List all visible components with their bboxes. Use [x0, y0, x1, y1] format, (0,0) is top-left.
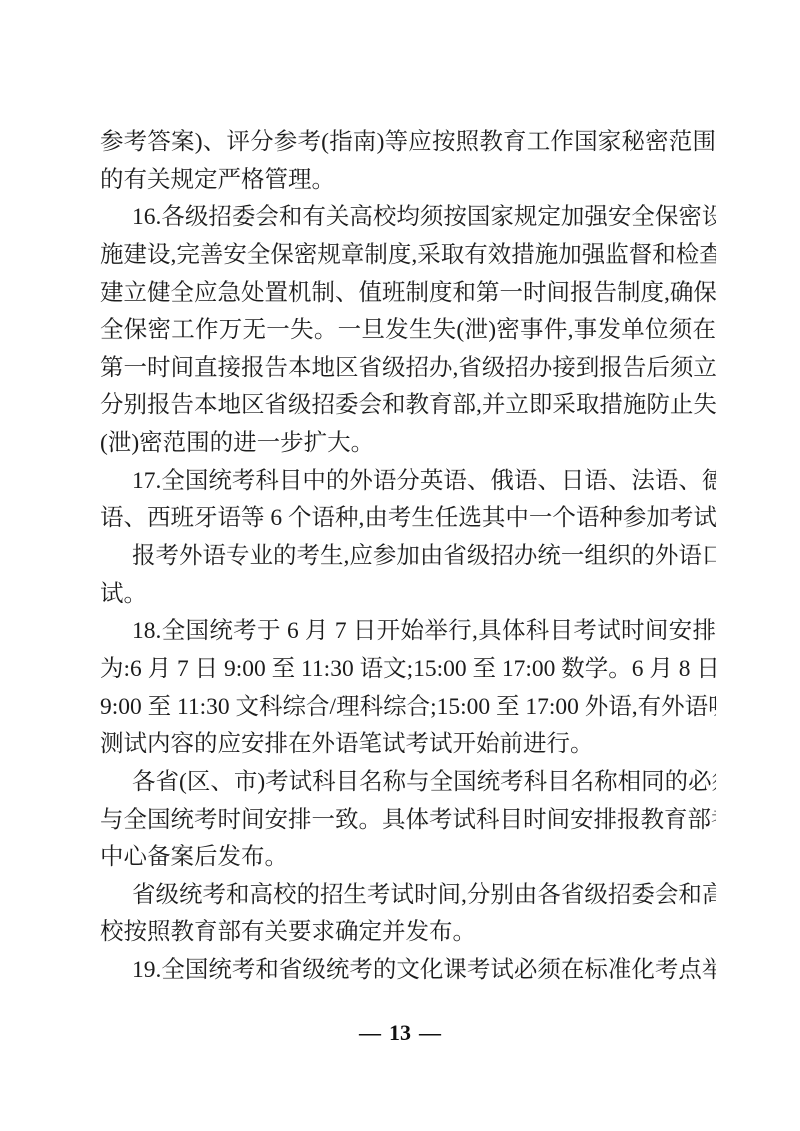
text-line: 建立健全应急处置机制、值班制度和第一时间报告制度,确保安 [100, 275, 716, 313]
para-item-18-province-time: 省级统考和高校的招生考试时间,分别由各省级招委会和高校按照教育部有关要求确定并发… [100, 877, 716, 952]
text-line: 施建设,完善安全保密规章制度,采取有效措施加强监督和检查, [100, 237, 716, 275]
page-footer: —13— [0, 1018, 800, 1048]
text-line: 中心备案后发布。 [100, 839, 716, 877]
text-line: 为:6 月 7 日 9:00 至 11:30 语文;15:00 至 17:00 … [100, 651, 716, 689]
text-line: (泄)密范围的进一步扩大。 [100, 425, 716, 463]
footer-dash-left: — [359, 1020, 381, 1045]
text-line: 分别报告本地区省级招委会和教育部,并立即采取措施防止失 [100, 387, 716, 425]
text-line: 16.各级招委会和有关高校均须按国家规定加强安全保密设 [100, 199, 716, 237]
text-line: 18.全国统考于 6 月 7 日开始举行,具体科目考试时间安排 [100, 613, 716, 651]
text-line: 的有关规定严格管理。 [100, 162, 716, 200]
text-line: 19.全国统考和省级统考的文化课考试必须在标准化考点举 [100, 952, 716, 990]
text-line: 报考外语专业的考生,应参加由省级招办统一组织的外语口 [100, 538, 716, 576]
text-line: 全保密工作万无一失。一旦发生失(泄)密事件,事发单位须在 [100, 312, 716, 350]
text-line: 与全国统考时间安排一致。具体考试科目时间安排报教育部考试 [100, 802, 716, 840]
para-item-16: 16.各级招委会和有关高校均须按国家规定加强安全保密设施建设,完善安全保密规章制… [100, 199, 716, 462]
text-line: 校按照教育部有关要求确定并发布。 [100, 914, 716, 952]
para-item-18: 18.全国统考于 6 月 7 日开始举行,具体科目考试时间安排为:6 月 7 日… [100, 613, 716, 764]
text-line: 测试内容的应安排在外语笔试考试开始前进行。 [100, 726, 716, 764]
text-line: 17.全国统考科目中的外语分英语、俄语、日语、法语、德 [100, 463, 716, 501]
text-line: 省级统考和高校的招生考试时间,分别由各省级招委会和高 [100, 877, 716, 915]
text-line: 试。 [100, 576, 716, 614]
footer-dash-right: — [419, 1020, 441, 1045]
text-line: 参考答案)、评分参考(指南)等应按照教育工作国家秘密范围 [100, 124, 716, 162]
para-item-18-province-subjects: 各省(区、市)考试科目名称与全国统考科目名称相同的必须与全国统考时间安排一致。具… [100, 764, 716, 877]
text-line: 第一时间直接报告本地区省级招办,省级招办接到报告后须立即 [100, 350, 716, 388]
document-page: 参考答案)、评分参考(指南)等应按照教育工作国家秘密范围的有关规定严格管理。16… [0, 0, 800, 1131]
para-item-17: 17.全国统考科目中的外语分英语、俄语、日语、法语、德语、西班牙语等 6 个语种… [100, 463, 716, 538]
page-number: 13 [381, 1020, 419, 1045]
para-item-19: 19.全国统考和省级统考的文化课考试必须在标准化考点举 [100, 952, 716, 990]
document-body: 参考答案)、评分参考(指南)等应按照教育工作国家秘密范围的有关规定严格管理。16… [100, 124, 716, 990]
text-line: 各省(区、市)考试科目名称与全国统考科目名称相同的必须 [100, 764, 716, 802]
para-item-17-oral-exam: 报考外语专业的考生,应参加由省级招办统一组织的外语口试。 [100, 538, 716, 613]
text-line: 9:00 至 11:30 文科综合/理科综合;15:00 至 17:00 外语,… [100, 689, 716, 727]
text-line: 语、西班牙语等 6 个语种,由考生任选其中一个语种参加考试。 [100, 500, 716, 538]
para-15-continuation: 参考答案)、评分参考(指南)等应按照教育工作国家秘密范围的有关规定严格管理。 [100, 124, 716, 199]
